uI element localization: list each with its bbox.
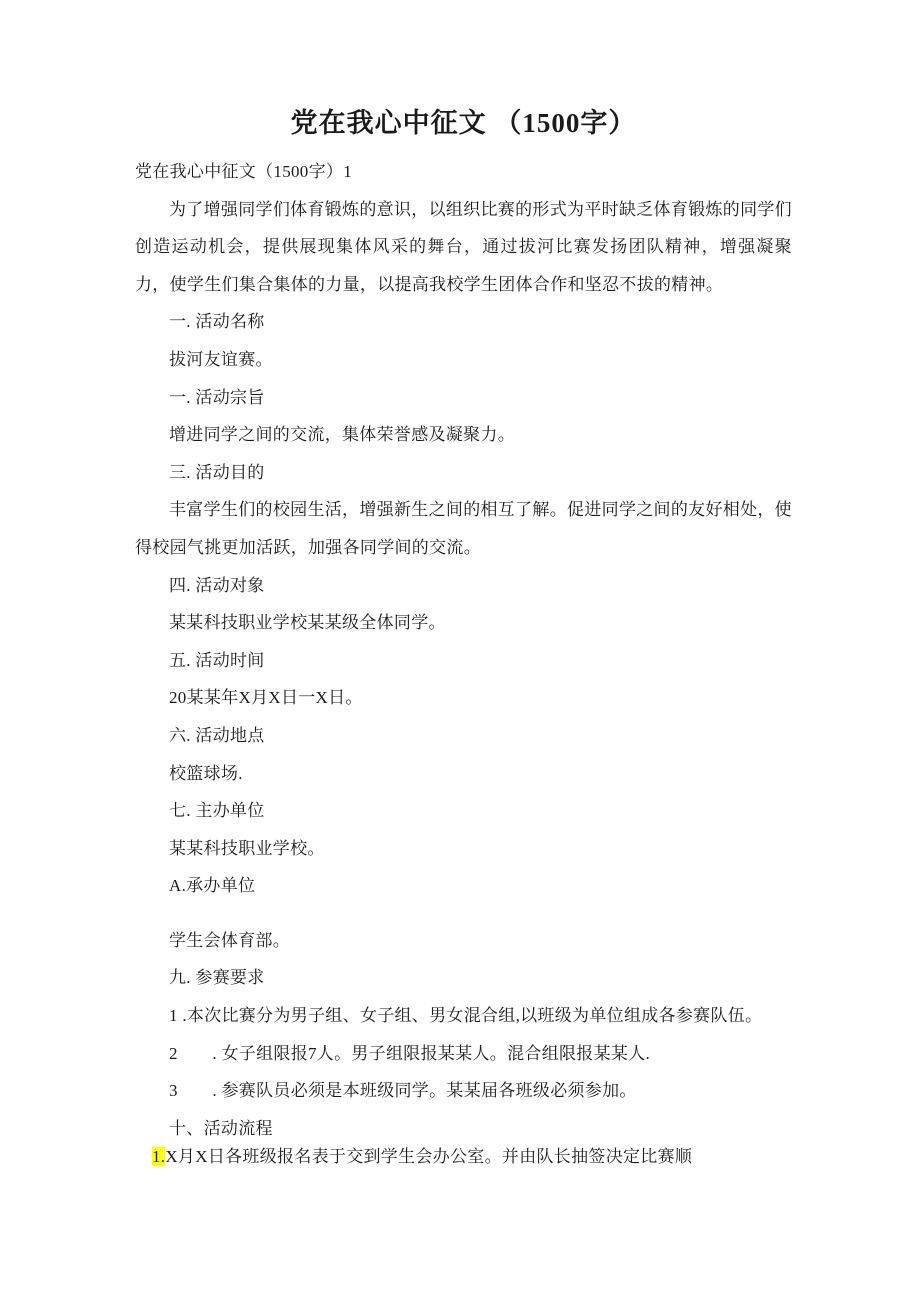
organizer-unit-value: 学生会体育部。 [135, 922, 792, 960]
section-heading-entry-requirements: 九. 参赛要求 [135, 959, 792, 997]
process-item-1: 1.X月X日各班级报名表于交到学生会办公室。并由队长抽签决定比赛顺 [135, 1143, 792, 1170]
requirement-item-1: 1 .本次比赛分为男子组、女子组、男女混合组,以班级为单位组成各参赛队伍。 [135, 997, 792, 1035]
section-heading-host-unit: 七. 主办单位 [135, 792, 792, 830]
section-heading-activity-target: 四. 活动对象 [135, 567, 792, 605]
doc-title: 党在我心中征文 （1500字） [135, 103, 792, 143]
activity-name-value: 拔河友谊赛。 [135, 341, 792, 379]
intro-paragraph: 为了增强同学们体育锻炼的意识，以组织比赛的形式为平时缺乏体育锻炼的同学们创造运动… [135, 191, 792, 304]
section-heading-activity-process: 十、活动流程 [135, 1110, 792, 1148]
section-heading-activity-place: 六. 活动地点 [135, 717, 792, 755]
section-heading-activity-name: 一. 活动名称 [135, 303, 792, 341]
activity-place-value: 校篮球场. [135, 755, 792, 793]
highlighted-text: 1. [152, 1147, 165, 1166]
activity-goal-value: 丰富学生们的校园生活，增强新生之间的相互了解。促进同学之间的友好相处，使得校园气… [135, 491, 792, 566]
process-item-1-text: X月X日各班级报名表于交到学生会办公室。并由队长抽签决定比赛顺 [165, 1147, 692, 1166]
doc-subtitle: 党在我心中征文（1500字）1 [135, 153, 792, 191]
activity-purpose-value: 增进同学之间的交流，集体荣誉感及凝聚力。 [135, 416, 792, 454]
requirement-item-3: 3 . 参赛队员必须是本班级同学。某某届各班级必须参加。 [135, 1072, 792, 1110]
activity-target-value: 某某科技职业学校某某级全体同学。 [135, 604, 792, 642]
requirement-item-2: 2 . 女子组限报7人。男子组限报某某人。混合组限报某某人. [135, 1035, 792, 1073]
document-page: 党在我心中征文 （1500字） 党在我心中征文（1500字）1 为了增强同学们体… [0, 0, 920, 1301]
section-heading-activity-time: 五. 活动时间 [135, 642, 792, 680]
section-heading-activity-purpose: 一. 活动宗旨 [135, 379, 792, 417]
section-heading-activity-goal: 三. 活动目的 [135, 454, 792, 492]
host-unit-value: 某某科技职业学校。 [135, 830, 792, 868]
activity-time-value: 20某某年X月X日一X日。 [135, 679, 792, 717]
section-heading-organizer-unit: A.承办单位 [135, 867, 792, 905]
